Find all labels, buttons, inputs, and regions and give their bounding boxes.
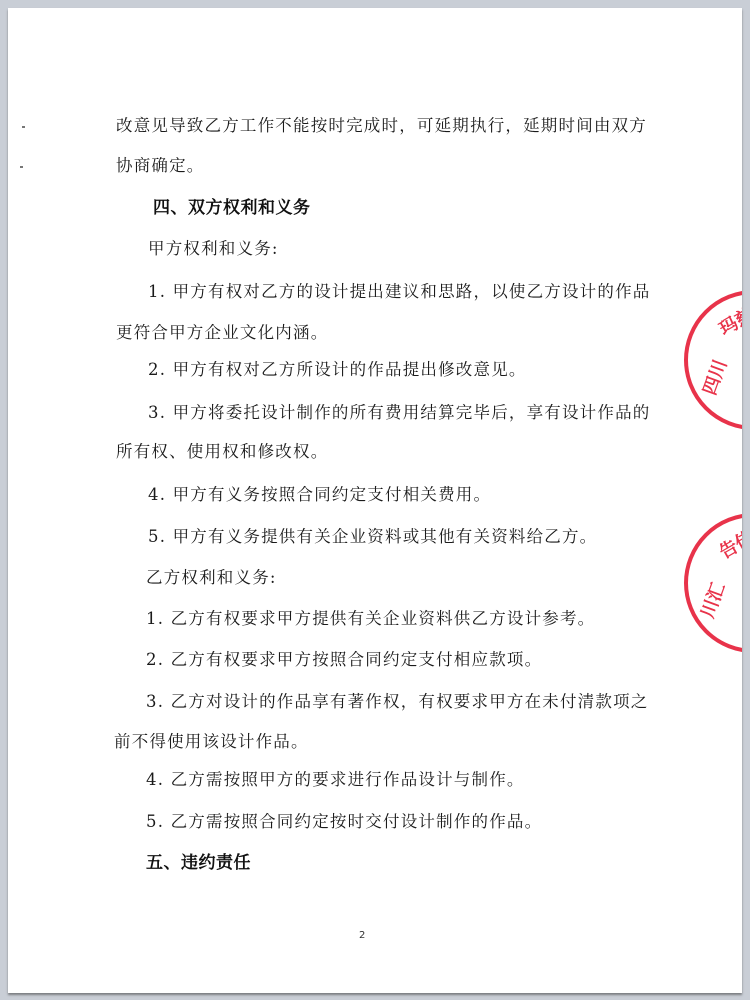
- party-a-item: 5. 甲方有义务提供有关企业资料或其他有关资料给乙方。: [148, 523, 597, 547]
- party-a-item: 2. 甲方有权对乙方所设计的作品提出修改意见。: [148, 356, 527, 380]
- seal-text: 川汇: [694, 579, 731, 622]
- seal-text: 四川: [696, 356, 733, 399]
- document-page: 改意见导致乙方工作不能按时完成时，可延期执行，延期时间由双方 协商确定。 四、双…: [8, 8, 742, 993]
- party-b-title: 乙方权利和义务:: [146, 564, 277, 588]
- party-b-item: 1. 乙方有权要求甲方提供有关企业资料供乙方设计参考。: [146, 605, 595, 629]
- body-line: 改意见导致乙方工作不能按时完成时，可延期执行，延期时间由双方: [116, 112, 647, 136]
- company-seal-top: ★ 玛慈 四川: [684, 290, 742, 430]
- party-a-item: 4. 甲方有义务按照合同约定支付相关费用。: [148, 481, 491, 505]
- party-a-title: 甲方权利和义务:: [148, 235, 279, 259]
- seal-text: 告传: [714, 524, 742, 565]
- party-b-item: 5. 乙方需按照合同约定按时交付设计制作的作品。: [146, 808, 542, 832]
- party-b-item: 2. 乙方有权要求甲方按照合同约定支付相应款项。: [146, 646, 542, 670]
- party-a-item: 更符合甲方企业文化内涵。: [116, 319, 328, 343]
- seal-text: 玛慈: [714, 301, 742, 342]
- section-heading-4: 四、双方权利和义务: [153, 193, 311, 218]
- party-a-item: 1. 甲方有权对乙方的设计提出建议和思路，以使乙方设计的作品: [148, 278, 651, 302]
- page-number: 2: [359, 930, 365, 941]
- party-a-item: 所有权、使用权和修改权。: [116, 438, 328, 462]
- party-b-item: 4. 乙方需按照甲方的要求进行作品设计与制作。: [146, 766, 525, 790]
- section-heading-5: 五、违约责任: [146, 848, 251, 873]
- company-seal-bottom: ★ 告传 川汇: [684, 513, 742, 653]
- scan-mark: [20, 166, 23, 168]
- body-line: 协商确定。: [116, 152, 205, 176]
- party-b-item: 3. 乙方对设计的作品享有著作权，有权要求甲方在未付清款项之: [146, 688, 649, 712]
- scan-mark: [22, 126, 25, 128]
- party-a-item: 3. 甲方将委托设计制作的所有费用结算完毕后，享有设计作品的: [148, 399, 651, 423]
- party-b-item: 前不得使用该设计作品。: [114, 728, 309, 752]
